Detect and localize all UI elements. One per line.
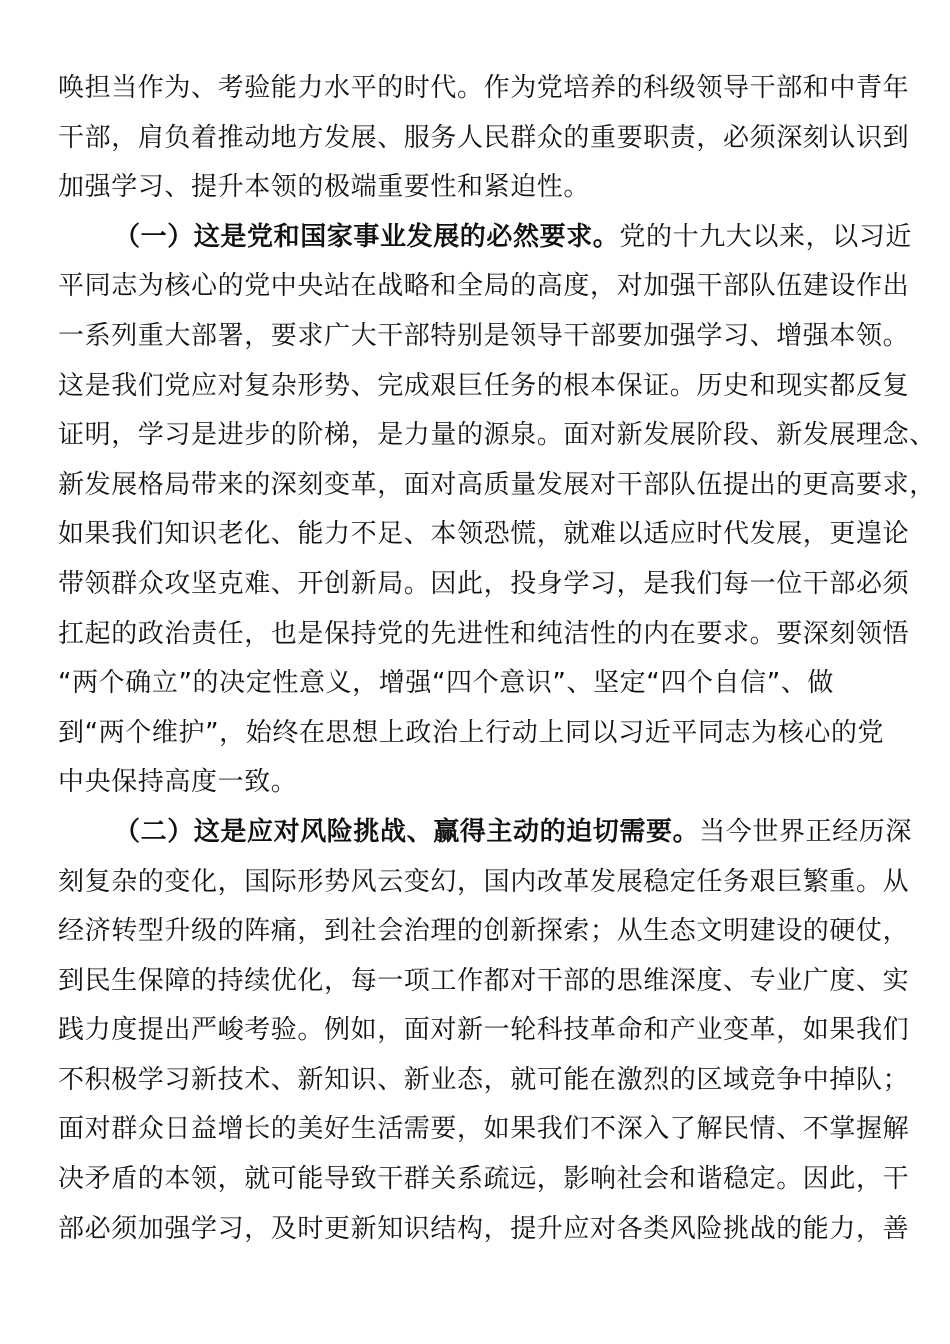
section-heading: （一）这是党和国家事业发展的必然要求。 xyxy=(114,222,619,252)
section-two: （二）这是应对风险挑战、赢得主动的迫切需要。当今世界正经历深 刻复杂的变化，国际… xyxy=(58,808,878,1254)
text-line: 这是我们党应对复杂形势、完成艰巨任务的根本保证。历史和现实都反复 xyxy=(58,362,878,412)
text-line: 平同志为核心的党中央站在战略和全局的高度，对加强干部队伍建设作出 xyxy=(58,262,878,312)
text-line: 面对群众日益增长的美好生活需要，如果我们不深入了解民情、不掌握解 xyxy=(58,1105,878,1155)
text-line: 唤担当作为、考验能力水平的时代。作为党培养的科级领导干部和中青年 xyxy=(58,64,878,114)
text-line: 如果我们知识老化、能力不足、本领恐慌，就难以适应时代发展，更遑论 xyxy=(58,510,878,560)
text-line: 到民生保障的持续优化，每一项工作都对干部的思维深度、专业广度、实 xyxy=(58,957,878,1007)
text-line: 部必须加强学习，及时更新知识结构，提升应对各类风险挑战的能力，善 xyxy=(58,1205,878,1255)
text-line: 证明，学习是进步的阶梯，是力量的源泉。面对新发展阶段、新发展理念、 xyxy=(58,411,878,461)
text-line: 践力度提出严峻考验。例如，面对新一轮科技革命和产业变革，如果我们 xyxy=(58,1006,878,1056)
text-line: 经济转型升级的阵痛，到社会治理的创新探索；从生态文明建设的硬仗， xyxy=(58,907,878,957)
text-line: 干部，肩负着推动地方发展、服务人民群众的重要职责，必须深刻认识到 xyxy=(58,114,878,164)
text-line: 中央保持高度一致。 xyxy=(58,758,878,808)
section-one: （一）这是党和国家事业发展的必然要求。党的十九大以来，以习近 平同志为核心的党中… xyxy=(58,213,878,808)
text-run: 当今世界正经历深 xyxy=(699,817,912,847)
document-page: 唤担当作为、考验能力水平的时代。作为党培养的科级领导干部和中青年 干部，肩负着推… xyxy=(58,64,878,1254)
text-line: 加强学习、提升本领的极端重要性和紧迫性。 xyxy=(58,163,878,213)
text-line: 扛起的政治责任，也是保持党的先进性和纯洁性的内在要求。要深刻领悟 xyxy=(58,610,878,660)
paragraph-intro-continuation: 唤担当作为、考验能力水平的时代。作为党培养的科级领导干部和中青年 干部，肩负着推… xyxy=(58,64,878,213)
text-line: 到“两个维护”，始终在思想上政治上行动上同以习近平同志为核心的党 xyxy=(58,709,878,759)
text-line: 新发展格局带来的深刻变革，面对高质量发展对干部队伍提出的更高要求， xyxy=(58,461,878,511)
text-run: 党的十九大以来，以习近 xyxy=(619,222,912,252)
section-heading: （二）这是应对风险挑战、赢得主动的迫切需要。 xyxy=(114,817,699,847)
section-heading-line: （二）这是应对风险挑战、赢得主动的迫切需要。当今世界正经历深 xyxy=(58,808,878,858)
text-line: 决矛盾的本领，就可能导致干群关系疏远，影响社会和谐稳定。因此，干 xyxy=(58,1155,878,1205)
text-line: “两个确立”的决定性意义，增强“四个意识”、坚定“四个自信”、做 xyxy=(58,659,878,709)
text-line: 不积极学习新技术、新知识、新业态，就可能在激烈的区域竞争中掉队； xyxy=(58,1056,878,1106)
text-line: 一系列重大部署，要求广大干部特别是领导干部要加强学习、增强本领。 xyxy=(58,312,878,362)
text-line: 刻复杂的变化，国际形势风云变幻，国内改革发展稳定任务艰巨繁重。从 xyxy=(58,858,878,908)
text-line: 带领群众攻坚克难、开创新局。因此，投身学习，是我们每一位干部必须 xyxy=(58,560,878,610)
section-heading-line: （一）这是党和国家事业发展的必然要求。党的十九大以来，以习近 xyxy=(58,213,878,263)
